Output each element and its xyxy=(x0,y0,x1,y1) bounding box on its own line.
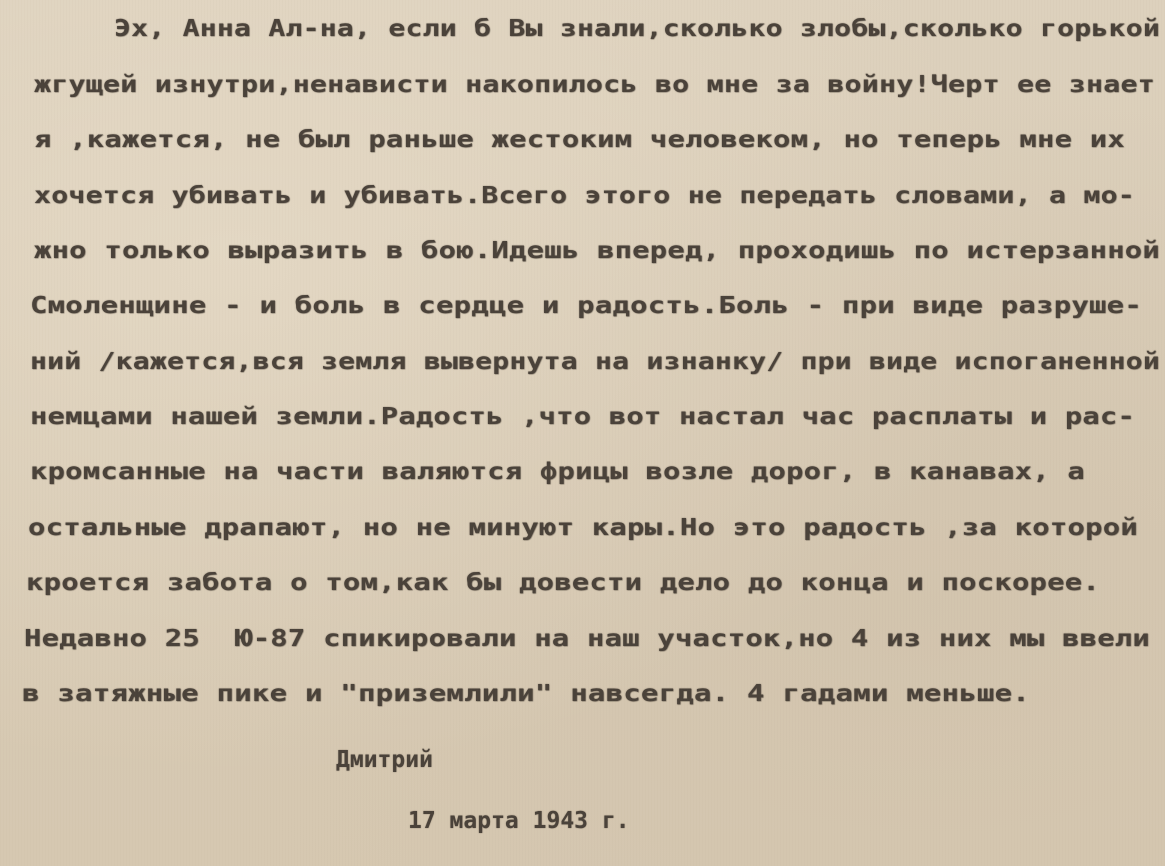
letter-line-11: кроется забота о том,как бы довести дело… xyxy=(26,570,1100,596)
letter-line-8: немцами нашей земли.Радость ,что вот нас… xyxy=(30,404,1135,430)
letter-line-2: жгущей изнутри,ненависти накопилось во м… xyxy=(34,72,1155,98)
letter-line-3: я ,кажется, не был раньше жестоким челов… xyxy=(34,127,1125,153)
letter-line-4: хочется убивать и убивать.Всего этого не… xyxy=(34,183,1135,209)
letter-date: 17 марта 1943 г. xyxy=(408,808,630,834)
letter-line-10: остальные драпают, но не минуют кары.Но … xyxy=(28,515,1138,541)
letter-line-9: кромсанные на части валяются фрицы возле… xyxy=(30,459,1085,485)
letter-line-6: Смоленщине - и боль в сердце и радость.Б… xyxy=(30,293,1142,319)
letter-line-7: ний /кажется,вся земля вывернута на изна… xyxy=(30,349,1160,375)
typewritten-letter-page: Эх, Анна Ал-на, если б Вы знали,сколько … xyxy=(0,0,1165,866)
letter-line-5: жно только выразить в бою.Идешь вперед, … xyxy=(34,238,1160,264)
letter-line-13: в затяжные пике и "приземлили" навсегда.… xyxy=(22,681,1030,707)
letter-line-1: Эх, Анна Ал-на, если б Вы знали,сколько … xyxy=(114,16,1160,42)
signature: Дмитрий xyxy=(336,747,433,773)
letter-line-12: Недавно 25 Ю-87 спикировали на наш участ… xyxy=(24,626,1150,652)
